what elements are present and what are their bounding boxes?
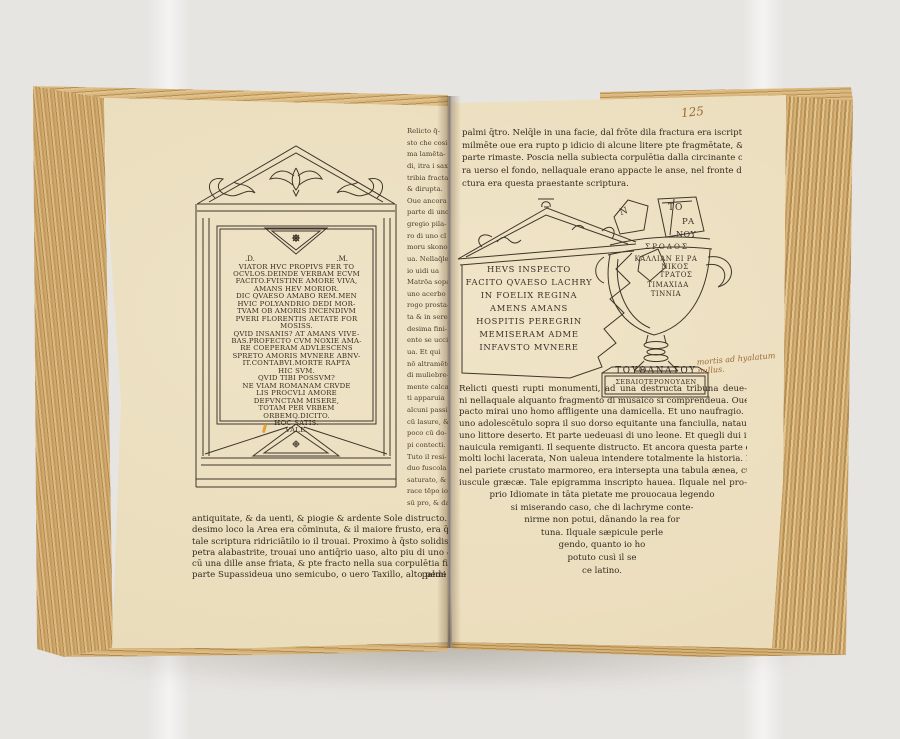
text-line: gendo, quanto io ho xyxy=(462,539,742,552)
text-line: prio Idiomate in tāta pietate me prouoca… xyxy=(462,489,742,502)
text-line: Relicti questi rupti monumenti, ad una d… xyxy=(459,384,747,396)
urn-band-inscription: ΣΡΟΔΟΣ xyxy=(628,242,706,251)
text-line: si miserando caso, che di lachryme conte… xyxy=(462,502,742,515)
text-line: ce latino. xyxy=(462,565,742,578)
urn-rim-letters: NOY xyxy=(676,230,696,239)
text-line: parte rimaste. Poscia nella subiecta cor… xyxy=(462,152,742,165)
text-line: mente calca- xyxy=(407,382,448,394)
text-line: IN FOELIX REGINA xyxy=(458,289,600,302)
urn-body-inscription: ΚΑΛΛΙΑΝ ΕΙ ΡΑ ΝΙΚΟΣ ΤΡΑΤΟΣ ΤΙΜΑΧΙΔΑ ΤΙΝΝ… xyxy=(620,255,712,298)
urn-body-line: ΤΡΑΤΟΣ xyxy=(620,271,712,279)
catchword: palmi xyxy=(356,570,446,580)
plinth-inscription: ΤΟΥΘΑΝΑΤΟΥ ΣΕΒΑΙΟΤΕΡΟΝΟΥΔΕΝ xyxy=(604,366,708,386)
text-line: alcuni passi xyxy=(407,405,448,417)
text-line: Relicto q̄- xyxy=(407,126,448,138)
book-photo: Relicto q̄-sto che cosi a-ma lamēta-di, … xyxy=(0,0,900,739)
text-line: nirme non potui, dānando la rea for xyxy=(462,514,742,527)
text-line: uno acerbo xyxy=(407,289,448,301)
text-line: ra uerso el fondo, nellaquale erano appa… xyxy=(462,165,742,178)
text-line: cū una dille anse friata, & pte fracto n… xyxy=(192,559,448,570)
inverted-triangle-ornament xyxy=(265,228,327,254)
urn-body-line: ΝΙΚΟΣ xyxy=(620,263,712,271)
right-main-paragraph: Relicti questi rupti monumenti, ad una d… xyxy=(459,384,747,489)
text-line: cū lasure, & xyxy=(407,417,448,429)
urn-rim-letters: PA xyxy=(682,217,695,227)
text-line: rogo prosta- xyxy=(407,300,448,312)
text-line: ti apparuia xyxy=(407,393,448,405)
pediment-ornament xyxy=(197,146,395,211)
text-line: nō altramēte xyxy=(407,359,448,371)
text-line: race tēpo io xyxy=(407,486,448,498)
dolphin-scroll-right xyxy=(337,179,383,198)
text-line: milmēte oue era rupto p idicio di alcune… xyxy=(462,140,742,153)
urn-body-line: ΤΙΜΑΧΙΔΑ xyxy=(620,279,712,289)
epitaph-panel: .D. .M. VIATOR HVC PROPIVS FER TOOCVLOS.… xyxy=(217,256,376,435)
stela-inscription: HEVS INSPECTOFACITO QVAESO LACHRYIN FOEL… xyxy=(458,263,600,354)
left-side-text-column: Relicto q̄-sto che cosi a-ma lamēta-di, … xyxy=(407,126,448,510)
text-line: desimo loco la Area era cōminuta, & il m… xyxy=(192,525,448,536)
text-line: moru skono- xyxy=(407,242,448,254)
text-line: duo fuscola xyxy=(407,463,448,475)
right-taper-paragraph: prio Idiomate in tāta pietate me prouoca… xyxy=(462,489,742,577)
text-line: Matrōa sopa xyxy=(407,277,448,289)
text-line: palmi q̄tro. Nelq̄le in una facie, dal f… xyxy=(462,127,742,140)
text-line: ro di uno cl xyxy=(407,231,448,243)
text-line: di muliebre- xyxy=(407,370,448,382)
text-line: MEMISERAM ADME xyxy=(458,328,600,341)
urn-body-line: ΤΙΝΝΙΑ xyxy=(620,289,712,298)
text-line: ma lamēta- xyxy=(407,149,448,161)
text-line: pi contecti. xyxy=(407,440,448,452)
text-line: iuscule græcæ. Tale epigramma inscripto … xyxy=(459,478,747,490)
text-line: potuto cusì il se xyxy=(462,552,742,565)
text-line: sū pro, & dali xyxy=(407,498,448,510)
text-line: Oue ancora xyxy=(407,196,448,208)
text-line: ua. Et qui xyxy=(407,347,448,359)
text-line: tale scriptura ridriciātilo io il trouai… xyxy=(192,537,448,548)
text-line: io uidi ua xyxy=(407,266,448,278)
text-line: uno adolescētulo sopra il suo dorso equi… xyxy=(459,419,747,431)
text-line: antiquitate, & da uenti, & piogie & arde… xyxy=(192,514,448,525)
text-line: Tuto il resi- xyxy=(407,452,448,464)
text-line: nel pariete crustato marmoreo, era inter… xyxy=(459,466,747,478)
text-line: ente se ucci- xyxy=(407,335,448,347)
text-line: HOSPITIS PEREGRIN xyxy=(458,315,600,328)
dolphin-scroll-left xyxy=(209,179,255,198)
text-line: AMENS AMANS xyxy=(458,302,600,315)
text-line: HEVS INSPECTO xyxy=(458,263,600,276)
text-line: petra alabastrite, trouai uno antiq̄rio … xyxy=(192,548,448,559)
text-line: uno littore deserto. Et parte uedeuasi d… xyxy=(459,431,747,443)
text-line: nauicula remiganti. Il sequente distruct… xyxy=(459,443,747,455)
text-line: molti lochi lacerata, Non ualeua intende… xyxy=(459,454,747,466)
text-line: saturato, & in xyxy=(407,475,448,487)
text-line: desima fini- xyxy=(407,324,448,336)
pediment-finial xyxy=(538,199,554,207)
urn-body-line: ΚΑΛΛΙΑΝ ΕΙ ΡΑ xyxy=(620,255,712,263)
text-line: pacto mirai uno homo affligente una dami… xyxy=(459,407,747,419)
epitaph-lines: VIATOR HVC PROPIVS FER TOOCVLOS.DEINDE V… xyxy=(217,264,376,435)
text-line: poco cū do- xyxy=(407,428,448,440)
text-line: ctura era questa praestante scriptura. xyxy=(462,178,742,191)
text-line: & dirupta. xyxy=(407,184,448,196)
eagle-ornament xyxy=(270,168,322,196)
text-line: ta & in sere- xyxy=(407,312,448,324)
text-line: parte di uno xyxy=(407,207,448,219)
right-top-paragraph: palmi q̄tro. Nelq̄le in una facie, dal f… xyxy=(462,127,742,191)
text-line: ni nellaquale alquanto fragmento di musa… xyxy=(459,396,747,408)
rosette-icon xyxy=(293,441,300,448)
woodcut-frame: .D. .M. VIATOR HVC PROPIVS FER TOOCVLOS.… xyxy=(193,138,400,490)
text-line: sto che cosi a- xyxy=(407,138,448,150)
urn-rim-letters: TO xyxy=(668,203,683,213)
text-line: tribia fracta xyxy=(407,173,448,185)
text-line: ua. Nellaq̄le xyxy=(407,254,448,266)
text-line: VALE. xyxy=(217,427,376,434)
text-line: tuna. Ilquale sæpicule perle xyxy=(462,527,742,540)
text-line: gregio pila- xyxy=(407,219,448,231)
urn-rim-fragment-left xyxy=(614,200,648,234)
folio-number: 125 xyxy=(680,104,704,120)
text-line: FACITO QVAESO LACHRY xyxy=(458,276,600,289)
plinth-line-1: ΤΟΥΘΑΝΑΤΟΥ xyxy=(604,366,708,376)
rosette-icon xyxy=(292,234,300,242)
text-line: di, itra i saxa xyxy=(407,161,448,173)
text-line: INFAVSTO MVNERE xyxy=(458,341,600,354)
